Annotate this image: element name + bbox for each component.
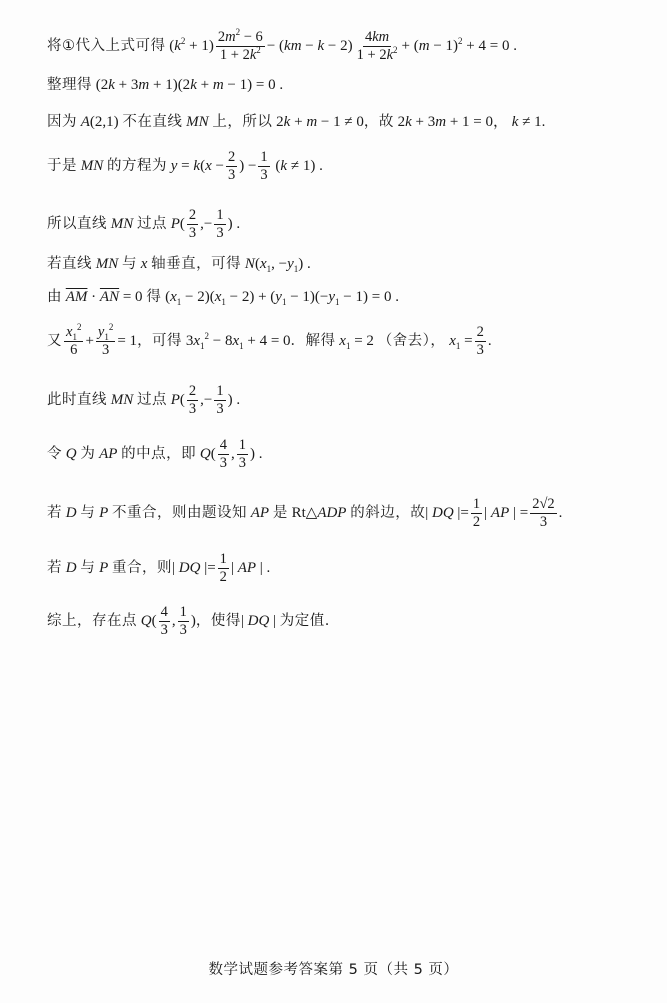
text: ，可得: [137, 334, 182, 349]
text: 综上，存在点: [47, 614, 137, 629]
text: 所以直线: [47, 217, 107, 232]
text: 轴垂直，可得: [151, 257, 241, 272]
line-simplify: 整理得 (2k + 3m + 1)(2k + m − 1) = 0 .: [47, 78, 283, 93]
text: 是: [273, 506, 288, 521]
text: ，使得: [196, 614, 241, 629]
line-substitution: 将①代入上式可得 (k2 + 1) 2m2 − 61 + 2k2 − (km −…: [47, 30, 517, 63]
text: 与: [80, 561, 95, 576]
text: 又: [47, 334, 62, 349]
text: 令: [47, 447, 62, 462]
text: 于是: [47, 159, 77, 174]
page-footer: 数学试题参考答案第 5 页（共 5 页）: [0, 958, 667, 979]
text: 为定值.: [280, 614, 330, 629]
text: 与: [122, 257, 137, 272]
text: 与: [80, 506, 95, 521]
line-case-coincide: 若 D 与 P 重合，则 | DQ |= 12 | AP | .: [47, 552, 270, 585]
line-vertical-case: 若直线 MN 与 x 轴垂直，可得 N(x1, −y1) .: [47, 257, 311, 272]
text: 过点: [137, 393, 167, 408]
line-fixed-point: 所以直线 MN 过点 P( 23 ,− 13 ) .: [47, 208, 240, 241]
line-dot-product: 由 AM · AN = 0 得 (x1 − 2)(x1 − 2) + (y1 −…: [47, 290, 399, 305]
line-fixed-point-2: 此时直线 MN 过点 P( 23 ,− 13 ) .: [47, 384, 240, 417]
text: 重合，则: [112, 561, 172, 576]
fraction: 2m2 − 61 + 2k2: [216, 30, 265, 63]
text: 若直线: [47, 257, 92, 272]
line-ellipse-solve: 又 x126 + y123 = 1 ，可得 3x12 − 8x1 + 4 = 0…: [47, 325, 492, 358]
line-midpoint: 令 Q 为 AP 的中点，即 Q( 43 , 13 ) .: [47, 438, 263, 471]
text: 的中点，即: [121, 447, 196, 462]
text: 不重合，则由题设知: [112, 506, 247, 521]
text: （舍去），: [378, 334, 446, 349]
text: 的方程为: [107, 159, 167, 174]
text: 不在直线: [122, 115, 182, 130]
text: 整理得: [47, 78, 92, 93]
text: 此时直线: [47, 393, 107, 408]
line-mn-equation: 于是 MN 的方程为 y = k(x − 23 ) − 13 (k ≠ 1) .: [47, 150, 323, 183]
text: 因为: [47, 115, 77, 130]
line-condition: 因为 A(2,1) 不在直线 MN 上，所以 2k + m − 1 ≠ 0 ，故…: [47, 115, 545, 130]
text: ，故: [364, 115, 394, 130]
text: 的斜边，故: [350, 506, 425, 521]
text: 若: [47, 506, 62, 521]
text: 得: [146, 290, 161, 305]
text: ．解得: [291, 334, 336, 349]
text: 将①代入上式可得: [47, 39, 166, 54]
text: 若: [47, 561, 62, 576]
text: 上，所以: [212, 115, 272, 130]
fraction: 4km1 + 2k2: [355, 30, 400, 63]
text: 由: [47, 290, 62, 305]
text: 过点: [137, 217, 167, 232]
line-case-not-coincide: 若 D 与 P 不重合，则由题设知 AP 是 Rt△ADP 的斜边，故 | DQ…: [47, 497, 562, 530]
line-conclusion: 综上，存在点 Q( 43 , 13 ) ，使得 | DQ | 为定值.: [47, 605, 330, 638]
text: 为: [80, 447, 95, 462]
